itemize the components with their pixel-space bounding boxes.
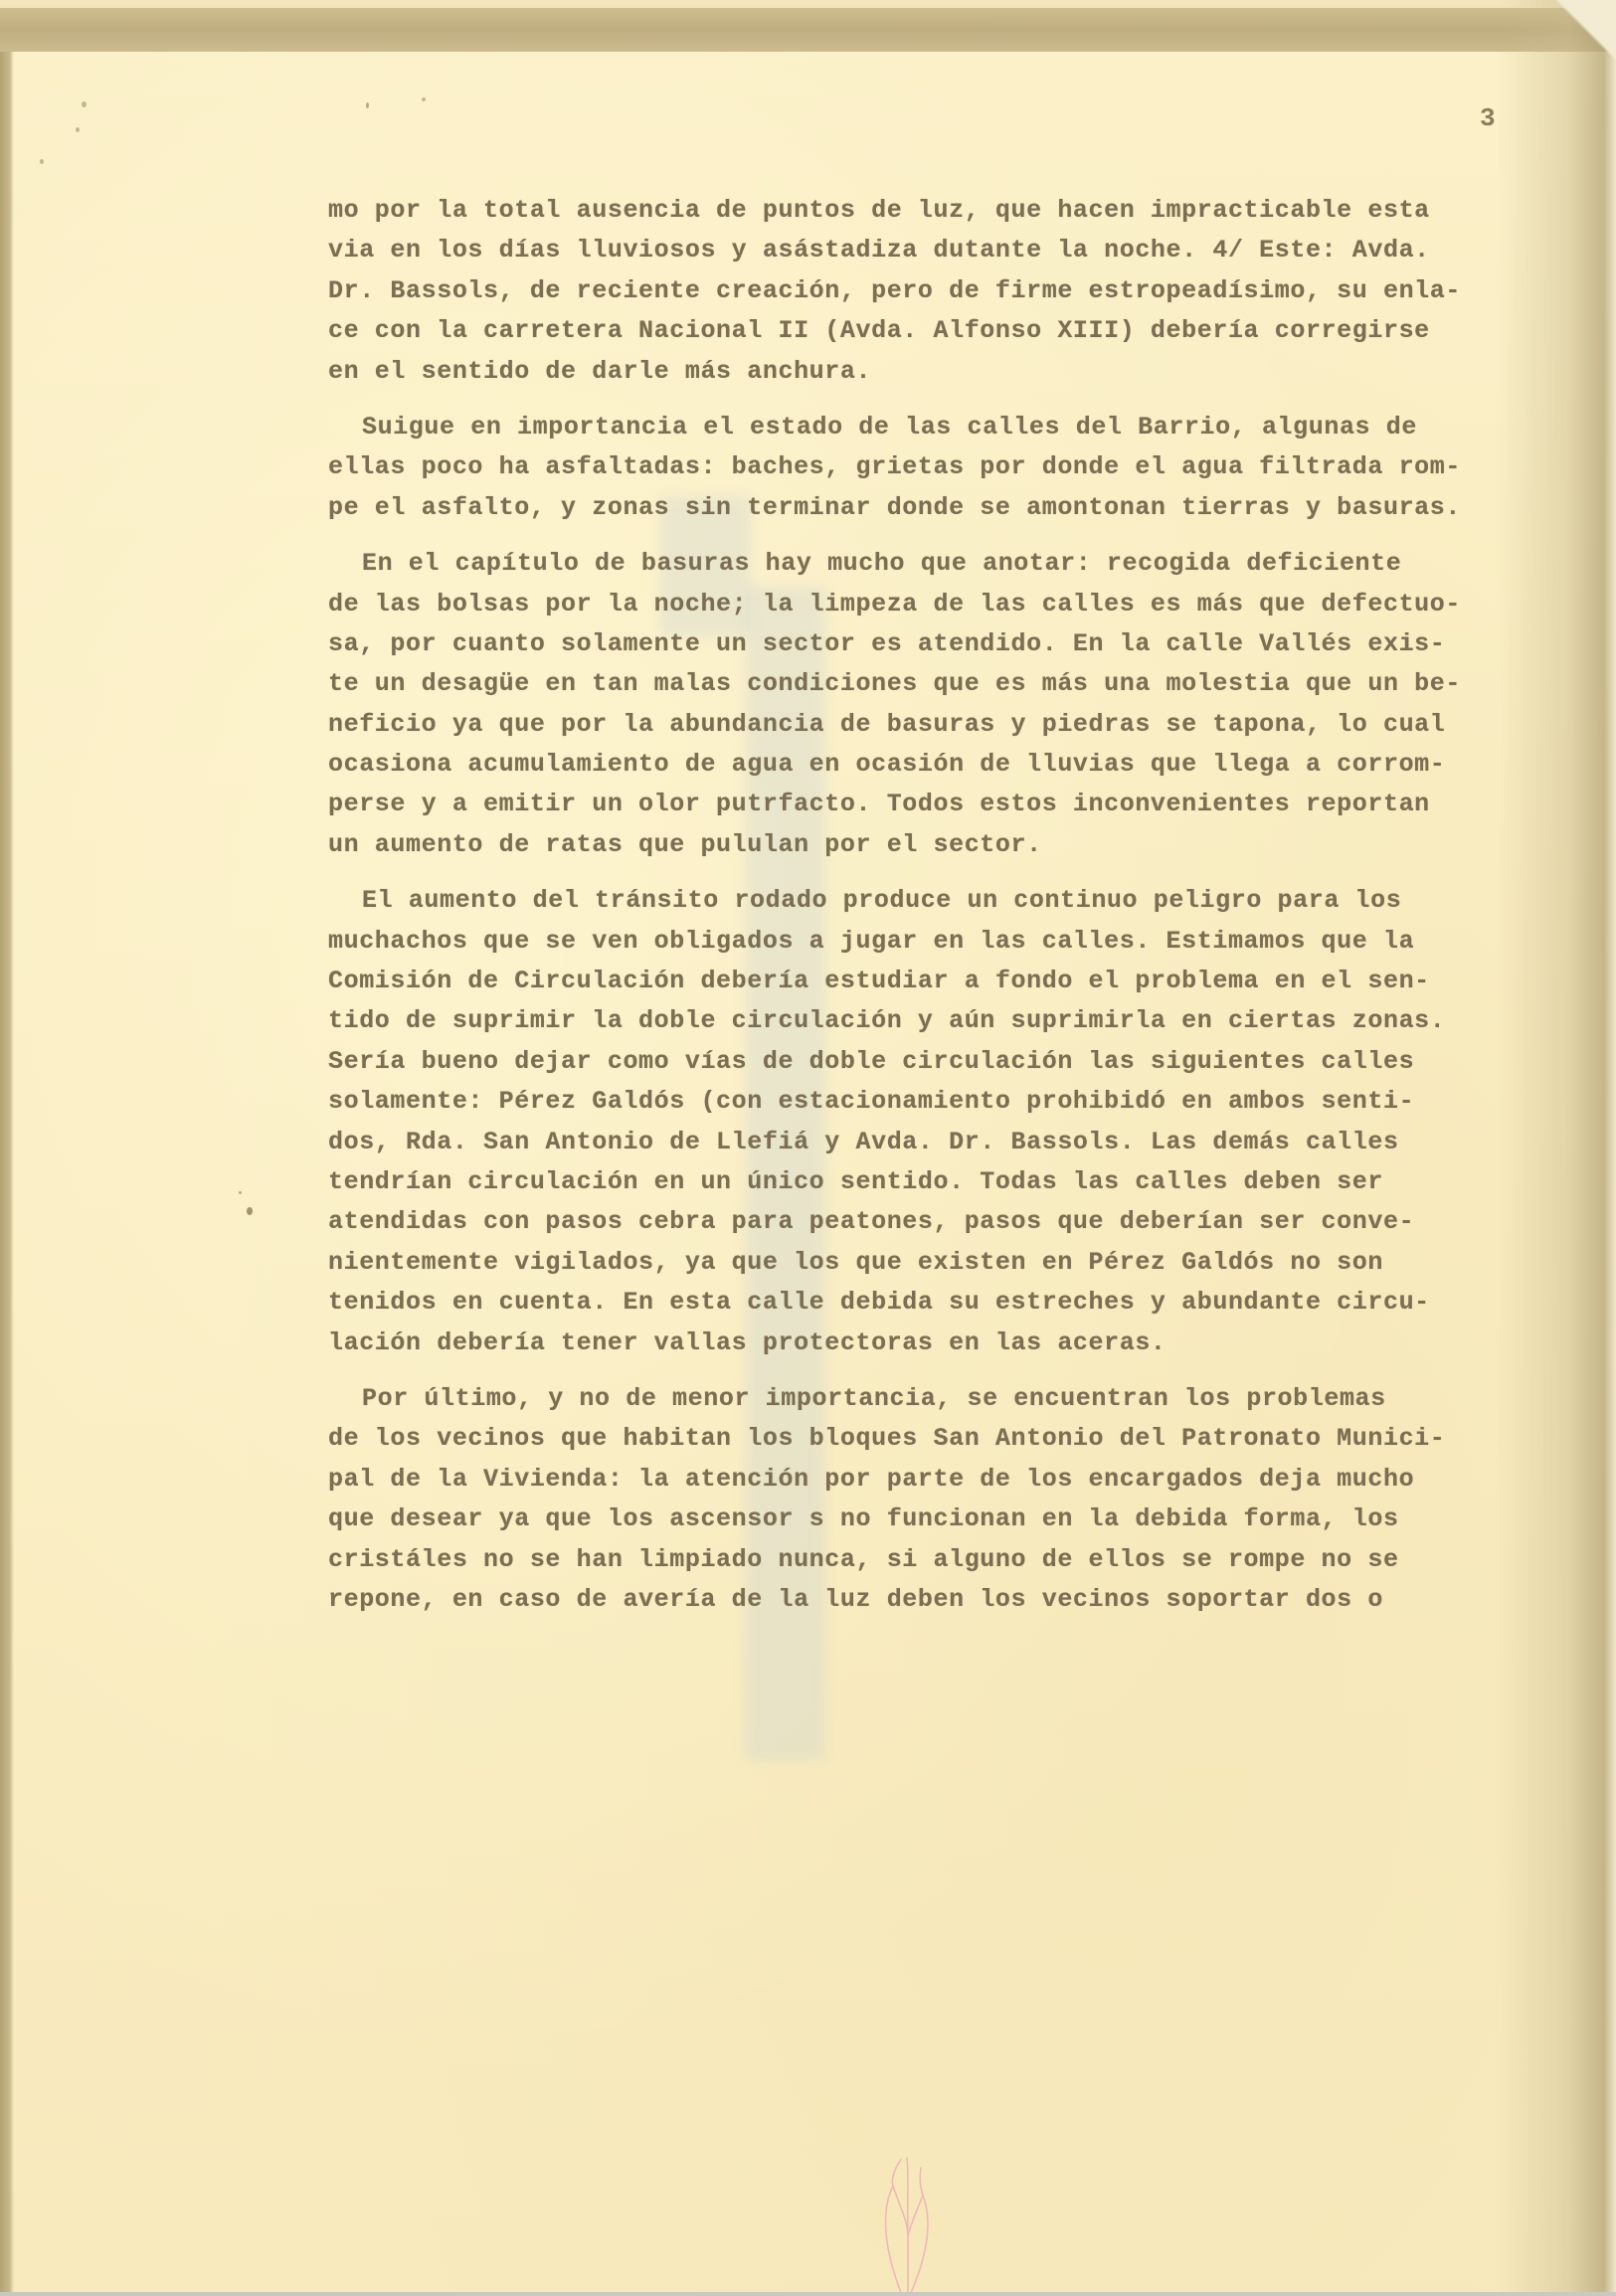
text-line: de las bolsas por la noche; la limpeza d…	[328, 585, 1591, 624]
text-line: Dr. Bassols, de reciente creación, pero …	[328, 271, 1591, 311]
left-edge-shadow	[0, 52, 14, 2296]
text-line: En el capítulo de basuras hay mucho que …	[328, 544, 1591, 584]
paper-speck	[40, 159, 44, 164]
text-line: repone, en caso de avería de la luz debe…	[328, 1580, 1591, 1620]
paper-speck	[82, 101, 87, 107]
text-line: via en los días lluviosos y asástadiza d…	[328, 231, 1591, 270]
text-line: Sería bueno dejar como vías de doble cir…	[328, 1042, 1591, 1082]
scan-shadow-band	[0, 8, 1616, 52]
text-line: muchachos que se ven obligados a jugar e…	[328, 922, 1591, 962]
top-edge	[0, 0, 1616, 8]
text-line: que desear ya que los ascensor s no func…	[328, 1500, 1591, 1539]
text-line: te un desagüe en tan malas condiciones q…	[328, 664, 1591, 704]
text-line: solamente: Pérez Galdós (con estacionami…	[328, 1082, 1591, 1122]
text-line: de los vecinos que habitan los bloques S…	[328, 1419, 1591, 1459]
text-line: lación debería tener vallas protectoras …	[328, 1324, 1591, 1363]
text-line: neficio ya que por la abundancia de basu…	[328, 705, 1591, 745]
text-line: mo por la total ausencia de puntos de lu…	[328, 191, 1591, 231]
document-page: 3 mo por la total ausencia de puntos de …	[0, 0, 1616, 2296]
text-line: un aumento de ratas que pululan por el s…	[328, 825, 1591, 865]
text-line: tido de suprimir la doble circulación y …	[328, 1001, 1591, 1041]
text-line: Por último, y no de menor importancia, s…	[328, 1379, 1591, 1419]
text-line: ellas poco ha asfaltadas: baches, grieta…	[328, 447, 1591, 487]
paragraph: mo por la total ausencia de puntos de lu…	[328, 191, 1591, 392]
bottom-edge	[0, 2292, 1616, 2296]
paragraph: En el capítulo de basuras hay mucho que …	[328, 544, 1591, 865]
text-line: nientemente vigilados, ya que los que ex…	[328, 1243, 1591, 1283]
paper-speck	[76, 127, 80, 132]
text-line: sa, por cuanto solamente un sector es at…	[328, 624, 1591, 664]
paragraph: El aumento del tránsito rodado produce u…	[328, 881, 1591, 1363]
text-line: Suigue en importancia el estado de las c…	[328, 408, 1591, 447]
typewritten-body: mo por la total ausencia de puntos de lu…	[328, 191, 1591, 1620]
pink-tulip-watermark-icon	[863, 2156, 953, 2296]
text-line: pal de la Vivienda: la atención por part…	[328, 1460, 1591, 1500]
folded-corner	[1556, 0, 1616, 60]
paper-speck	[422, 97, 426, 101]
paper-speck	[239, 1191, 242, 1194]
paragraph: Suigue en importancia el estado de las c…	[328, 408, 1591, 528]
text-line: ocasiona acumulamiento de agua en ocasió…	[328, 745, 1591, 785]
text-line: en el sentido de darle más anchura.	[328, 352, 1591, 392]
text-line: dos, Rda. San Antonio de Llefiá y Avda. …	[328, 1123, 1591, 1162]
text-line: perse y a emitir un olor putrfacto. Todo…	[328, 785, 1591, 824]
text-line: pe el asfalto, y zonas sin terminar dond…	[328, 488, 1591, 528]
text-line: tendrían circulación en un único sentido…	[328, 1162, 1591, 1202]
paper-speck	[247, 1207, 253, 1215]
paper-speck	[366, 102, 369, 108]
text-line: atendidas con pasos cebra para peatones,…	[328, 1202, 1591, 1242]
text-line: ce con la carretera Nacional II (Avda. A…	[328, 311, 1591, 351]
text-line: tenidos en cuenta. En esta calle debida …	[328, 1283, 1591, 1323]
text-line: El aumento del tránsito rodado produce u…	[328, 881, 1591, 921]
page-number: 3	[1480, 103, 1496, 133]
paragraph: Por último, y no de menor importancia, s…	[328, 1379, 1591, 1620]
text-line: Comisión de Circulación debería estudiar…	[328, 962, 1591, 1001]
text-line: cristáles no se han limpiado nunca, si a…	[328, 1540, 1591, 1580]
